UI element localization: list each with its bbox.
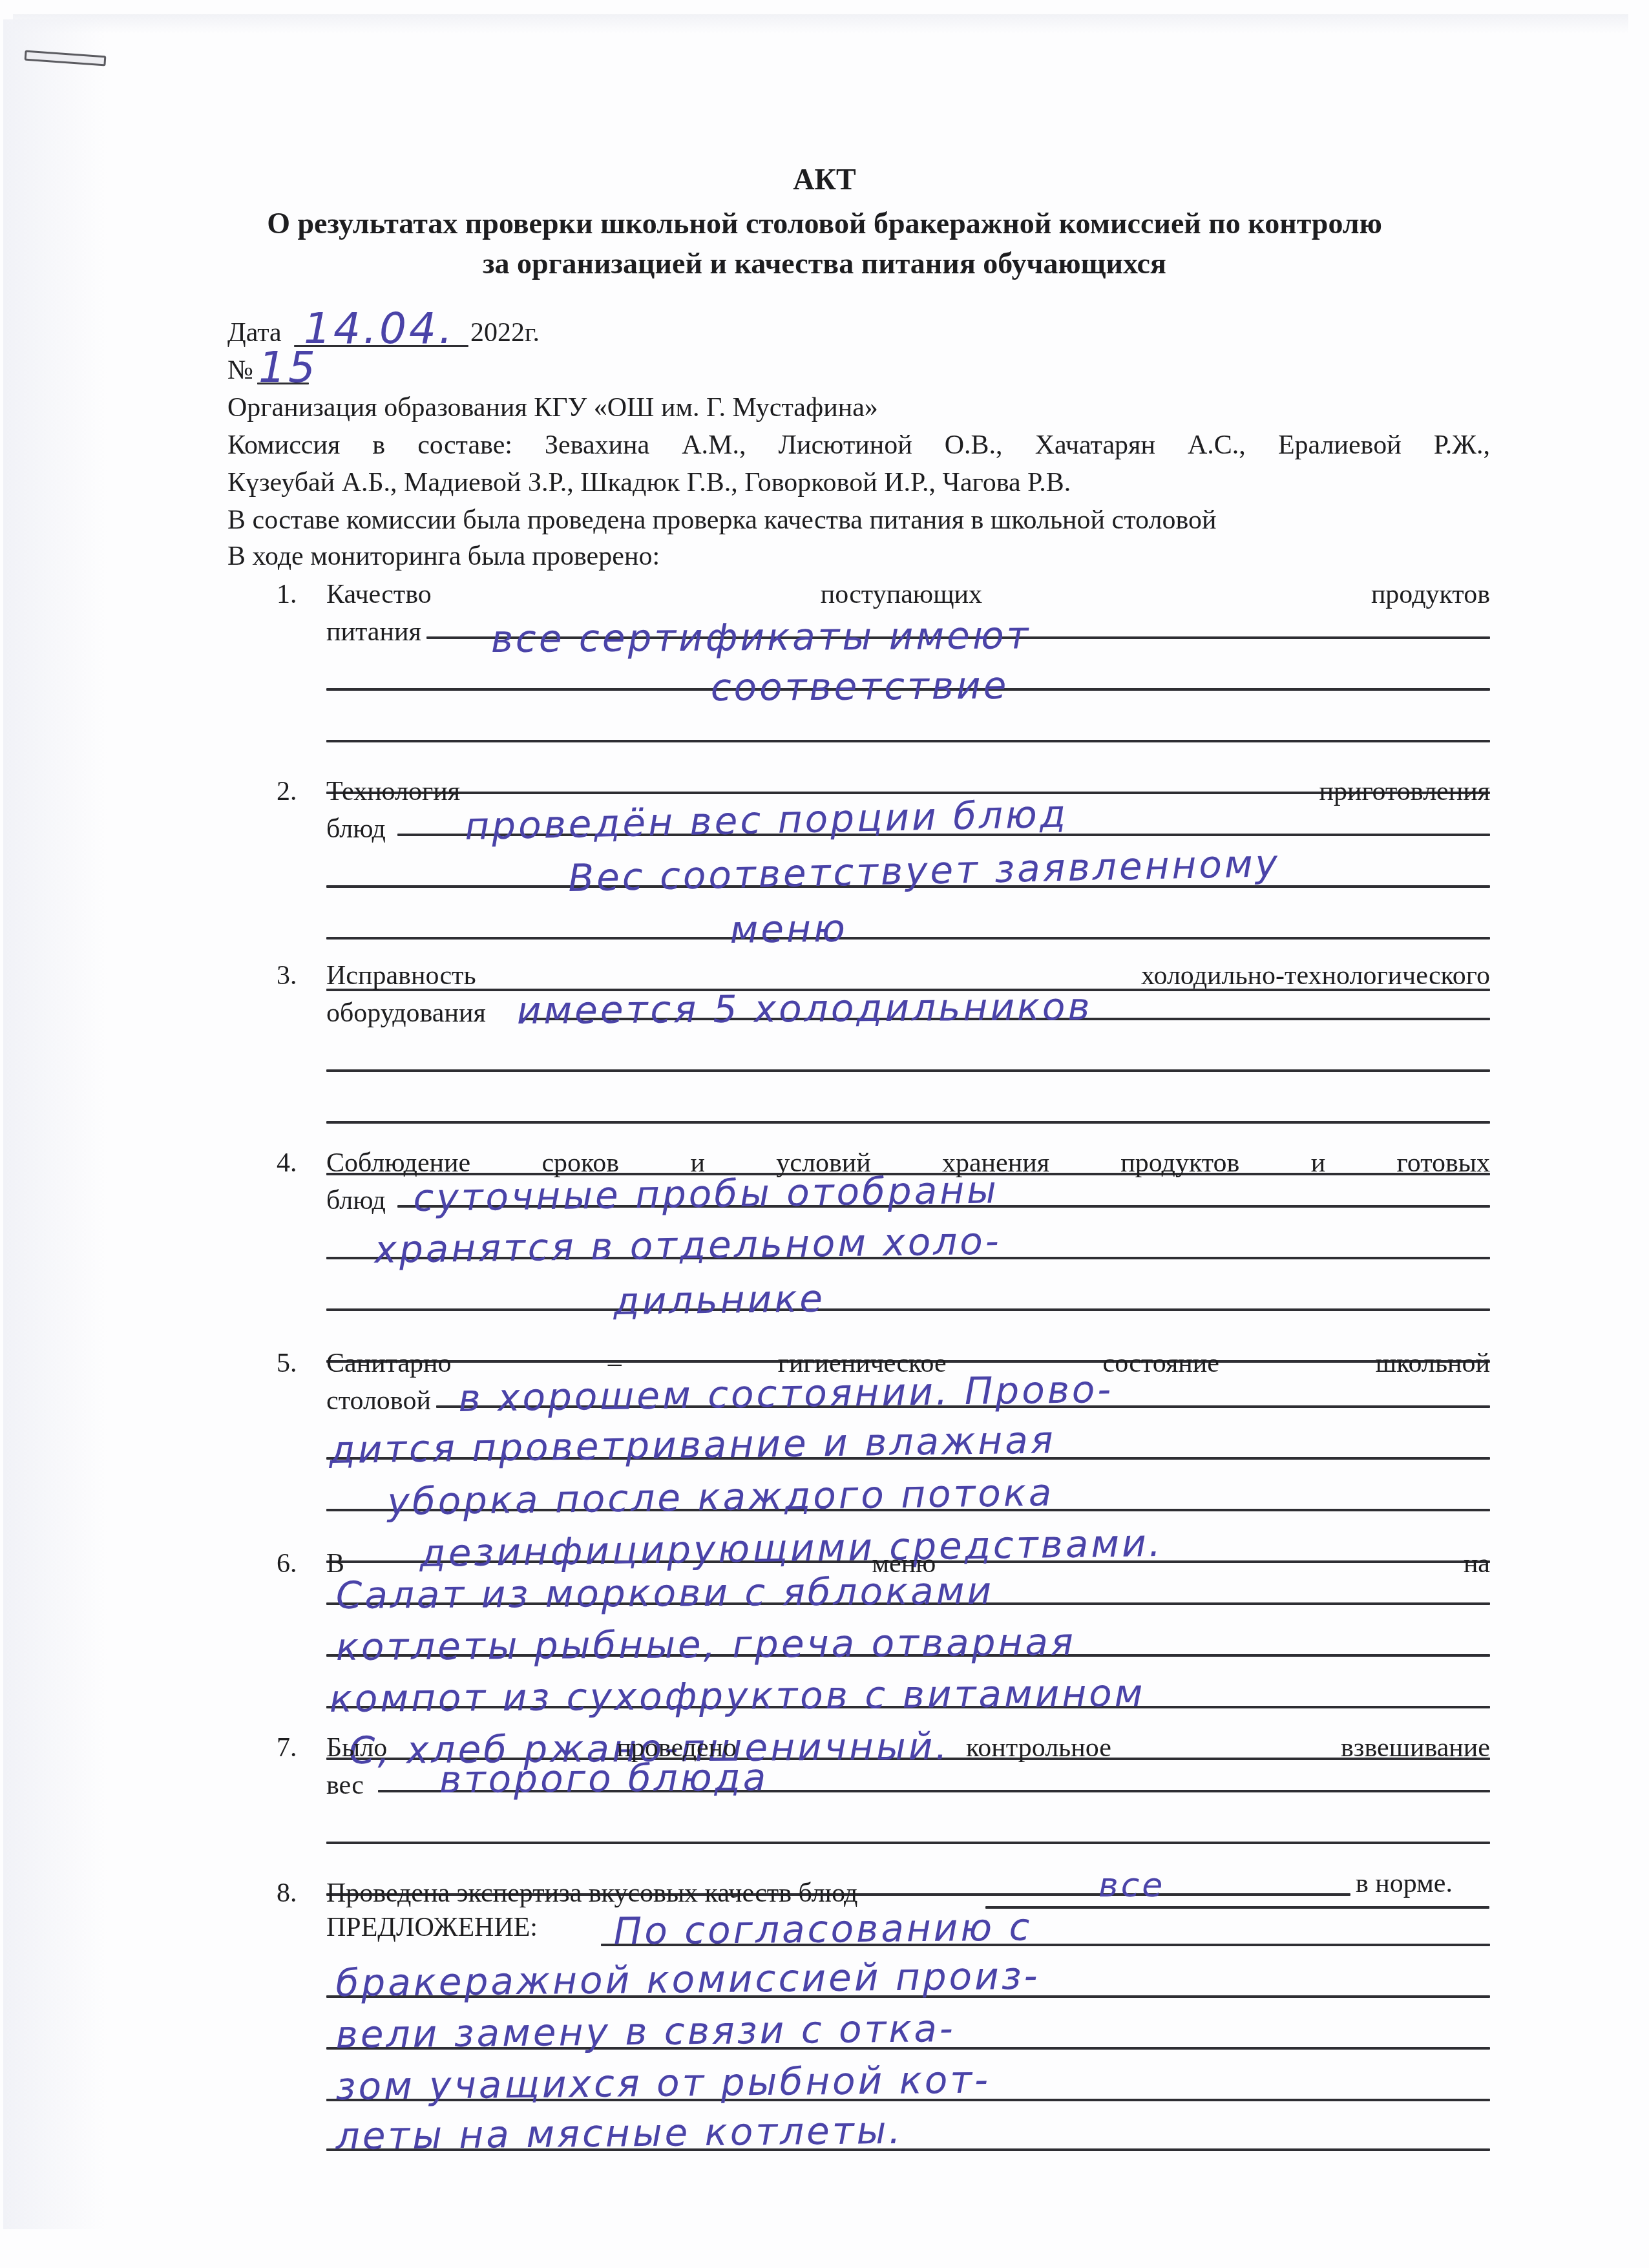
item-label-word: контрольное (966, 1732, 1111, 1764)
item-label-word: холодильно-технологического (1141, 960, 1490, 992)
item-label-word: Качество (326, 578, 432, 611)
item-label-word: Было (326, 1732, 387, 1764)
item-label-word: Исправность (326, 960, 476, 992)
commission-word: Хачатарян (1035, 429, 1155, 461)
handwritten-answer: второго блюда (439, 1755, 769, 1801)
item-label-tail: столовой (326, 1385, 431, 1417)
commission-word: Р.Ж., (1434, 429, 1490, 461)
commission-word: составе: (417, 429, 512, 461)
item-label-word: приготовления (1319, 775, 1490, 808)
handwritten-answer: Салат из моркови с яблоками (336, 1569, 994, 1617)
item-label-word: продуктов (1120, 1147, 1239, 1179)
item-label-word: Санитарно (326, 1347, 452, 1380)
item-number: 8. (277, 1877, 297, 1909)
item-label-word: готовых (1397, 1147, 1490, 1179)
item-label-word: Технология (326, 775, 460, 808)
item-number: 3. (277, 960, 297, 992)
handwritten-answer: соответствие (711, 664, 1009, 709)
answer-line[interactable] (326, 1069, 1490, 1072)
item-label-tail: питания (326, 616, 421, 648)
handwritten-answer: все сертификаты имеют (491, 613, 1031, 661)
answer-line[interactable] (326, 1308, 1490, 1311)
monitoring-intro: В ходе мониторинга была проверено: (227, 540, 660, 572)
item-number: 7. (277, 1732, 297, 1764)
handwritten-proposal: По согласованию с (613, 1905, 1033, 1953)
commission-word: О.В., (945, 429, 1003, 461)
number-value: 15 (258, 342, 318, 392)
commission-word: А.С., (1188, 429, 1246, 461)
item-label-word: поступающих (821, 578, 982, 611)
date-year: 2022г. (470, 317, 540, 349)
item-number: 1. (277, 578, 297, 611)
document-title-line-2: за организацией и качества питания обуча… (0, 246, 1649, 282)
handwritten-answer: все (1098, 1866, 1165, 1905)
item-label-tail: блюд (326, 1184, 386, 1217)
document-heading: АКТ (0, 162, 1649, 198)
item-label-tail: блюд (326, 813, 386, 845)
item-suffix: в норме. (1356, 1867, 1453, 1900)
date-value: 14.04. (304, 304, 455, 353)
item-label-word: на (1464, 1548, 1490, 1580)
item-label-word: состояние (1103, 1347, 1219, 1380)
item-label-word: и (1311, 1147, 1325, 1179)
proposal-label: ПРЕДЛОЖЕНИЕ: (326, 1911, 538, 1944)
item-label-tail: вес (326, 1769, 364, 1801)
commission-word: Зевахина (545, 429, 649, 461)
answer-line[interactable] (326, 1121, 1490, 1124)
handwritten-answer: дится проветривание и влажная (329, 1418, 1056, 1472)
item-label-word: школьной (1376, 1347, 1490, 1380)
item-label-word: продуктов (1371, 578, 1490, 611)
handwritten-answer: хранятся в отдельном холо- (374, 1219, 1002, 1272)
commission-line-1: Комиссиявсоставе:ЗевахинаА.М.,ЛисютинойО… (227, 429, 1490, 461)
commission-word: Ералиевой (1278, 429, 1402, 461)
handwritten-answer: уборка после каждого потока (387, 1471, 1055, 1524)
answer-line[interactable] (326, 937, 1490, 940)
handwritten-answer: котлеты рыбные, греча отварная (336, 1620, 1077, 1669)
document-title-line-1: О результатах проверки школьной столовой… (0, 205, 1649, 242)
commission-word: Комиссия (227, 429, 340, 461)
number-label: № (227, 354, 253, 386)
item-label-word: взвешивание (1341, 1732, 1490, 1764)
handwritten-proposal: бракеражной комиссией произ- (335, 1954, 1040, 2005)
item-number: 4. (277, 1147, 297, 1179)
organization: Организация образования КГУ «ОШ им. Г. М… (227, 392, 878, 424)
answer-line[interactable] (326, 1842, 1490, 1844)
item-label-word: Соблюдение (326, 1147, 470, 1179)
commission-word: А.М., (682, 429, 746, 461)
item-label: Проведена экспертиза вкусовых качеств бл… (326, 1877, 857, 1909)
item-number: 6. (277, 1548, 297, 1580)
commission-word: в (372, 429, 385, 461)
scan-edge (13, 14, 1628, 34)
handwritten-answer: в хорошем состоянии. Прово- (458, 1367, 1114, 1420)
item-label: Качествопоступающихпродуктов (326, 578, 1490, 611)
handwritten-answer: суточные пробы отобраны (413, 1168, 999, 1220)
item-label-tail: оборудования (326, 997, 486, 1029)
answer-line[interactable] (326, 740, 1490, 742)
handwritten-answer: Вес соответствует заявленному (568, 841, 1281, 900)
handwritten-answer: имеется 5 холодильников (517, 985, 1093, 1033)
item-number: 2. (277, 775, 297, 808)
handwritten-proposal: вели замену в связи с отка- (335, 2006, 956, 2057)
handwritten-answer: меню (730, 906, 848, 952)
handwritten-proposal: зом учащихся от рыбной кот- (335, 2057, 991, 2108)
scan-edge (3, 19, 107, 2229)
handwritten-answer: компот из сухофруктов с витамином (330, 1671, 1146, 1721)
answer-line[interactable] (985, 1906, 1489, 1909)
handwritten-proposal: леты на мясные котлеты. (335, 2108, 903, 2158)
commission-line-2: Күзеубай А.Б., Мадиевой З.Р., Шкадюк Г.В… (227, 467, 1071, 499)
commission-word: Лисютиной (778, 429, 912, 461)
item-number: 5. (277, 1347, 297, 1380)
handwritten-answer: дильнике (613, 1276, 825, 1323)
check-statement: В составе комиссии была проведена провер… (227, 504, 1216, 536)
